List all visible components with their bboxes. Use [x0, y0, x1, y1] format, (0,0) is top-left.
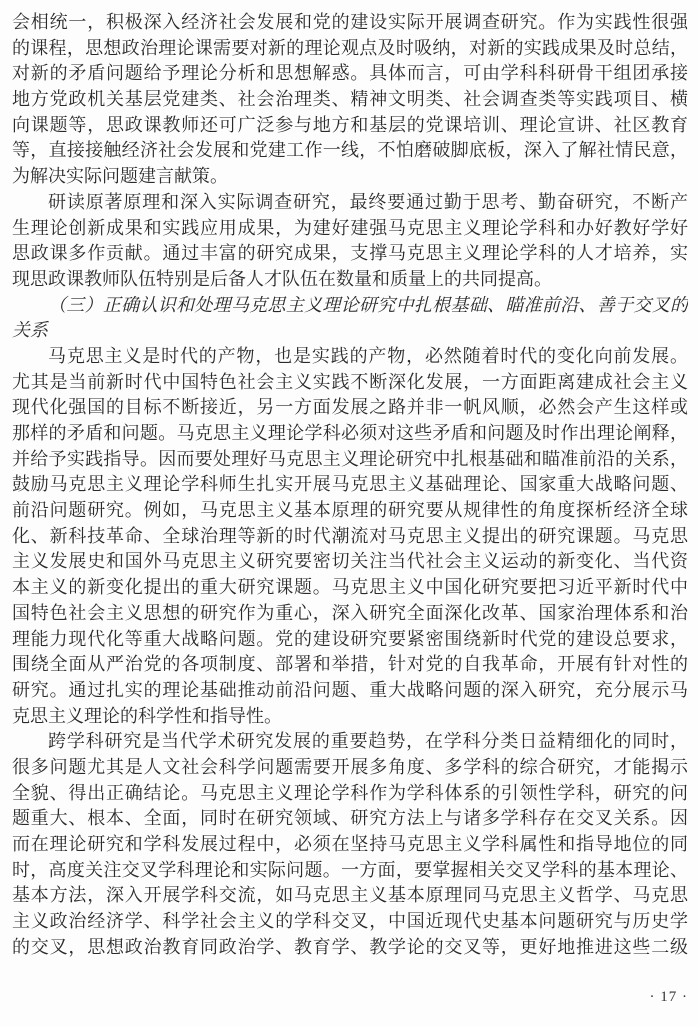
- body-text-line: 会相统一，积极深入经济社会发展和党的建设实际开展调查研究。作为实践性很强: [12, 10, 688, 36]
- page-body-text: 会相统一，积极深入经济社会发展和党的建设实际开展调查研究。作为实践性很强的课程，…: [12, 10, 688, 960]
- body-text-line: 研究。通过扎实的理论基础推动前沿问题、重大战略问题的深入研究，充分展示马: [12, 678, 688, 704]
- body-text-line: 的交叉，思想政治教育同政治学、教育学、教学论的交叉等，更好地推进这些二级: [12, 935, 688, 961]
- body-text-line: 并给予实践指导。因而要处理好马克思主义理论研究中扎根基础和瞄准前沿的关系，: [12, 447, 688, 473]
- body-text-line: 现思政课教师队伍特别是后备人才队伍在数量和质量上的共同提高。: [12, 267, 688, 293]
- body-text-line: 现代化强国的目标不断接近，另一方面发展之路并非一帆风顺，必然会产生这样或: [12, 395, 688, 421]
- body-text-line: 前沿问题研究。例如，马克思主义基本原理的研究要从规律性的角度探析经济全球: [12, 498, 688, 524]
- body-text-line: 很多问题尤其是人文社会科学问题需要开展多角度、多学科的综合研究，才能揭示: [12, 755, 688, 781]
- body-text-line: 而在理论研究和学科发展过程中，必须在坚持马克思主义学科属性和指导地位的同: [12, 832, 688, 858]
- body-text-line: 对新的矛盾问题给予理论分析和思想解惑。具体而言，可由学科科研骨干组团承接: [12, 61, 688, 87]
- body-text-line: 理能力现代化等重大战略问题。党的建设研究要紧密围绕新时代党的建设总要求，: [12, 627, 688, 653]
- body-text-line: 研读原著原理和深入实际调查研究，最终要通过勤于思考、勤奋研究，不断产: [12, 190, 688, 216]
- body-text-line: 国特色社会主义思想的研究作为重心，深入研究全面深化改革、国家治理体系和治: [12, 601, 688, 627]
- body-text-line: 基本方法，深入开展学科交流，如马克思主义基本原理同马克思主义哲学、马克思: [12, 883, 688, 909]
- body-text-line: 为解决实际问题建言献策。: [12, 164, 688, 190]
- body-text-line: 主义政治经济学、科学社会主义的学科交叉，中国近现代史基本问题研究与历史学: [12, 909, 688, 935]
- body-text-line: 克思主义理论的科学性和指导性。: [12, 704, 688, 730]
- body-text-line: 题重大、根本、全面，同时在研究领域、研究方法上与诸多学科存在交叉关系。因: [12, 806, 688, 832]
- section-heading-line: 关系: [12, 318, 688, 344]
- body-text-line: 本主义的新变化提出的重大研究课题。马克思主义中国化研究要把习近平新时代中: [12, 575, 688, 601]
- page-number: · 17 ·: [12, 987, 688, 1007]
- body-text-line: 的课程，思想政治理论课需要对新的理论观点及时吸纳，对新的实践成果及时总结，: [12, 36, 688, 62]
- body-text-line: 那样的矛盾和问题。马克思主义理论学科必须对这些矛盾和问题及时作出理论阐释，: [12, 421, 688, 447]
- body-text-line: 全貌、得出正确结论。马克思主义理论学科作为学科体系的引领性学科，研究的问: [12, 781, 688, 807]
- body-text-line: 围绕全面从严治党的各项制度、部署和举措，针对党的自我革命，开展有针对性的: [12, 652, 688, 678]
- body-text-line: 鼓励马克思主义理论学科师生扎实开展马克思主义基础理论、国家重大战略问题、: [12, 472, 688, 498]
- body-text-line: 地方党政机关基层党建类、社会治理类、精神文明类、社会调查类等实践项目、横: [12, 87, 688, 113]
- body-text-line: 思政课多作贡献。通过丰富的研究成果，支撑马克思主义理论学科的人才培养，实: [12, 241, 688, 267]
- body-text-line: 跨学科研究是当代学术研究发展的重要趋势，在学科分类日益精细化的同时，: [12, 729, 688, 755]
- body-text-line: 马克思主义是时代的产物，也是实践的产物，必然随着时代的变化向前发展。: [12, 344, 688, 370]
- body-text-line: 尤其是当前新时代中国特色社会主义实践不断深化发展，一方面距离建成社会主义: [12, 370, 688, 396]
- body-text-line: 生理论创新成果和实践应用成果，为建好建强马克思主义理论学科和办好教好学好: [12, 216, 688, 242]
- section-heading-line: （三）正确认识和处理马克思主义理论研究中扎根基础、瞄准前沿、善于交叉的: [12, 293, 688, 319]
- body-text-line: 向课题等，思政课教师还可广泛参与地方和基层的党课培训、理论宣讲、社区教育: [12, 113, 688, 139]
- body-text-line: 等，直接接触经济社会发展和党建工作一线，不怕磨破脚底板，深入了解社情民意，: [12, 138, 688, 164]
- document-page: 会相统一，积极深入经济社会发展和党的建设实际开展调查研究。作为实践性很强的课程，…: [0, 0, 699, 1027]
- body-text-line: 化、新科技革命、全球治理等新的时代潮流对马克思主义提出的研究课题。马克思: [12, 524, 688, 550]
- body-text-line: 时，高度关注交叉学科理论和实际问题。一方面，要掌握相关交叉学科的基本理论、: [12, 858, 688, 884]
- body-text-line: 主义发展史和国外马克思主义研究要密切关注当代社会主义运动的新变化、当代资: [12, 549, 688, 575]
